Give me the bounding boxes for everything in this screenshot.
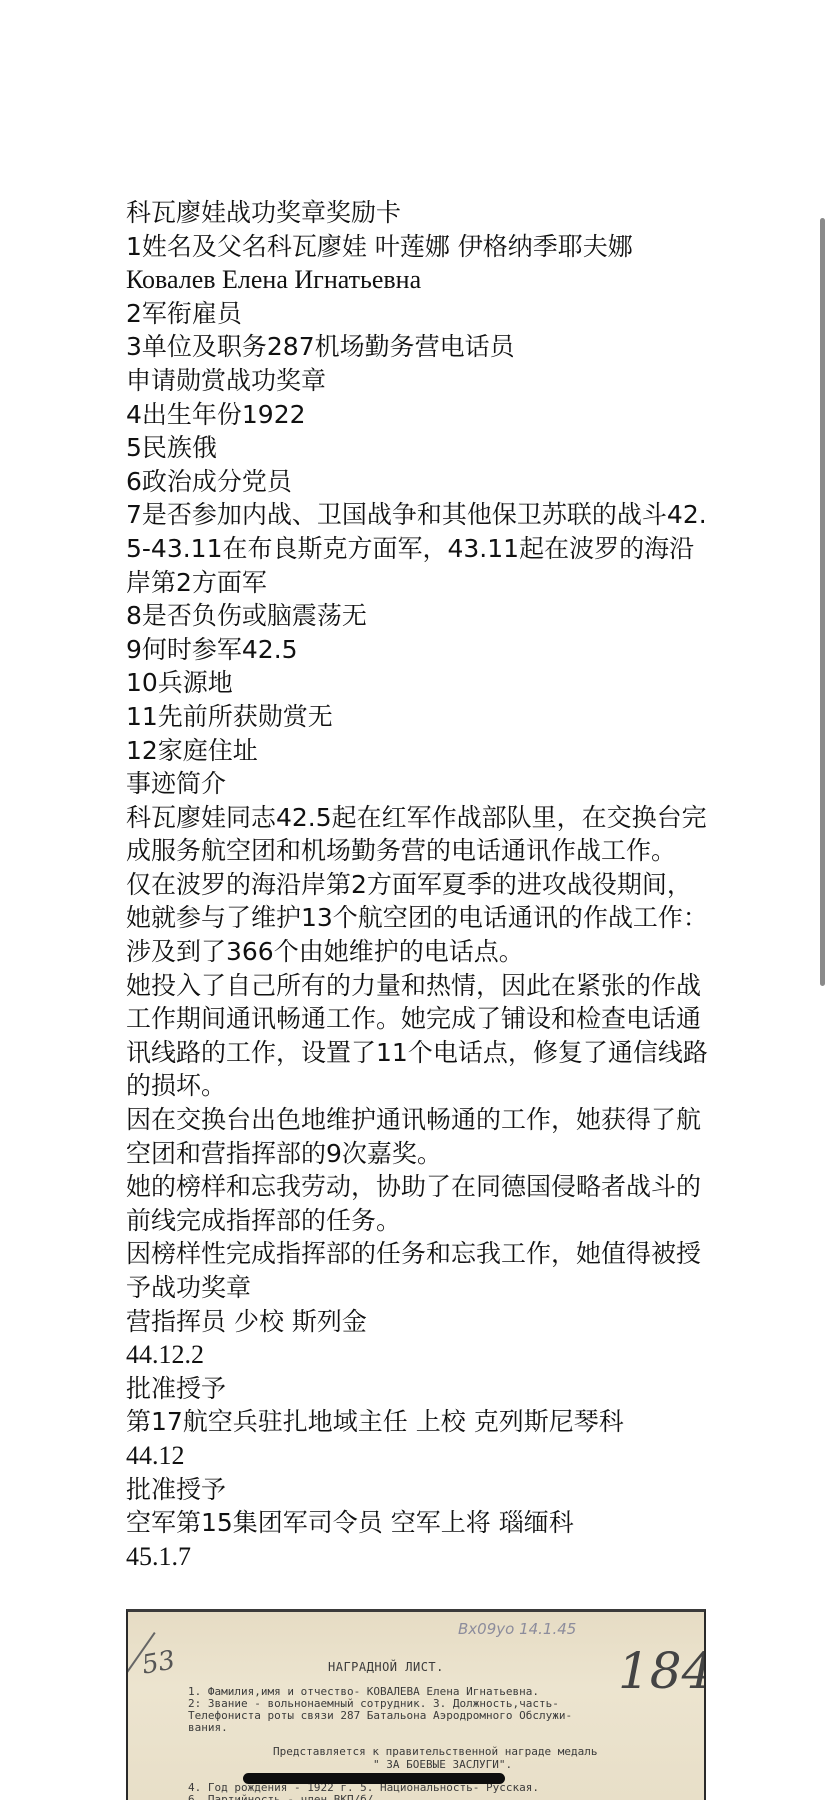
field-name: 1姓名及父名科瓦廖娃 叶莲娜 伊格纳季耶夫娜 [126, 230, 708, 264]
handwritten-number: 184 [618, 1642, 706, 1700]
field-nationality: 5民族俄 [126, 431, 708, 465]
summary-paragraph-4: 因在交换台出色地维护通讯畅通的工作，她获得了航空团和营指挥部的9次嘉奖。 [126, 1103, 708, 1170]
field-birth-year: 4出生年份1922 [126, 398, 708, 432]
registration-stamp: Вх09уо 14.1.45 [458, 1620, 576, 1638]
summary-heading: 事迹简介 [126, 767, 708, 801]
signature-date-2: 44.12 [126, 1439, 708, 1473]
sheet-medal-name: " ЗА БОЕВЫЕ ЗАСЛУГИ". [373, 1758, 512, 1771]
award-sheet-image[interactable]: 53 Вх09уо 14.1.45 184 НАГРАДНОЙ ЛИСТ. 1.… [126, 1609, 706, 1800]
summary-paragraph-5: 她的榜样和忘我劳动，协助了在同德国侵略者战斗的前线完成指挥部的任务。 [126, 1170, 708, 1237]
signature-battalion-commander: 营指挥员 少校 斯列金 [126, 1305, 708, 1339]
signature-date-3: 45.1.7 [126, 1540, 708, 1574]
award-request: 申请勋赏战功奖章 [126, 364, 708, 398]
field-combat-service: 7是否参加内战、卫国战争和其他保卫苏联的战斗42.5-43.11在布良斯克方面军… [126, 498, 708, 599]
sheet-row-party: 6. Партийность - член ВКП/б/. [188, 1794, 380, 1800]
approval-label-1: 批准授予 [126, 1372, 708, 1406]
sheet-row-4: вания. [188, 1722, 228, 1734]
article-body: 科瓦廖娃战功奖章奖励卡 1姓名及父名科瓦廖娃 叶莲娜 伊格纳季耶夫娜 Ковал… [126, 196, 708, 1573]
summary-paragraph-2: 仅在波罗的海沿岸第2方面军夏季的进攻战役期间，她就参与了维护13个航空团的电话通… [126, 868, 708, 969]
signature-army-commander: 空军第15集团军司令员 空军上将 瑙缅科 [126, 1506, 708, 1540]
margin-number: 53 [140, 1645, 178, 1680]
field-party: 6政治成分党员 [126, 465, 708, 499]
field-conscription-place: 10兵源地 [126, 666, 708, 700]
field-rank: 2军衔雇员 [126, 297, 708, 331]
field-enlistment: 9何时参军42.5 [126, 633, 708, 667]
field-unit: 3单位及职务287机场勤务营电话员 [126, 330, 708, 364]
signature-area-chief: 第17航空兵驻扎地域主任 上校 克列斯尼琴科 [126, 1405, 708, 1439]
field-wounds: 8是否负伤或脑震荡无 [126, 599, 708, 633]
summary-paragraph-6: 因榜样性完成指挥部的任务和忘我工作，她值得被授予战功奖章 [126, 1237, 708, 1304]
signature-date-1: 44.12.2 [126, 1338, 708, 1372]
sheet-row-3: Телефониста роты связи 287 Батальона Аэр… [188, 1710, 572, 1722]
summary-paragraph-3: 她投入了自己所有的力量和热情，因此在紧张的作战工作期间通讯畅通工作。她完成了铺设… [126, 969, 708, 1103]
article-title: 科瓦廖娃战功奖章奖励卡 [126, 196, 708, 230]
home-indicator[interactable] [243, 1773, 505, 1784]
sheet-heading: НАГРАДНОЙ ЛИСТ. [328, 1660, 444, 1674]
scrollbar[interactable] [820, 218, 825, 986]
field-previous-awards: 11先前所获勋赏无 [126, 700, 708, 734]
approval-label-2: 批准授予 [126, 1473, 708, 1507]
sheet-presented-line: Представляется к правительственной награ… [273, 1745, 598, 1758]
field-name-russian: Ковалев Елена Игнатьевна [126, 263, 708, 297]
field-home-address: 12家庭住址 [126, 734, 708, 768]
summary-paragraph-1: 科瓦廖娃同志42.5起在红军作战部队里，在交换台完成服务航空团和机场勤务营的电话… [126, 801, 708, 868]
